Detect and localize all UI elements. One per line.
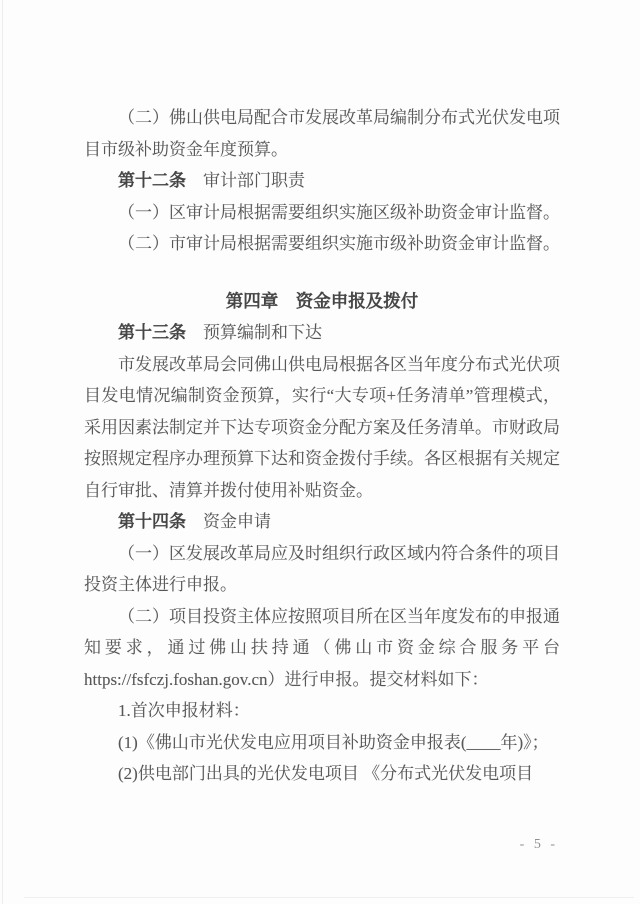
text-run: （一）区发展改革局应及时组织行政区域内符合条件的项目投资主体进行申报。: [84, 544, 560, 595]
body-paragraph: 市发展改革局会同佛山供电局根据各区当年度分布式光伏项目发电情况编制资金预算，实行…: [84, 349, 560, 507]
text-run: （一）区审计局根据需要组织实施区级补助资金审计监督。: [118, 203, 560, 222]
body-paragraph: （一）区审计局根据需要组织实施区级补助资金审计监督。: [84, 197, 560, 229]
platform-url: https://fsfczj.foshan.gov.cn: [84, 670, 268, 689]
chapter-4-heading: 第四章 资金申报及拨付: [84, 286, 560, 318]
body-paragraph: (1)《佛山市光伏发电应用项目补助资金申报表(____年)》；: [84, 727, 560, 759]
body-paragraph: 1.首次申报材料：: [84, 695, 560, 727]
article-number: 第十四条: [118, 512, 186, 531]
document-body: （二）佛山供电局配合市发展改革局编制分布式光伏发电项目市级补助资金年度预算。第十…: [84, 102, 560, 790]
text-run: 资金申请: [186, 512, 271, 531]
body-paragraph: （一）区发展改革局应及时组织行政区域内符合条件的项目投资主体进行申报。: [84, 538, 560, 601]
text-run: (1)《佛山市光伏发电应用项目补助资金申报表(____年)》；: [118, 733, 549, 752]
text-run: （二）佛山供电局配合市发展改革局编制分布式光伏发电项目市级补助资金年度预算。: [84, 108, 560, 159]
scan-edge-left: [2, 0, 3, 904]
body-paragraph: （二）项目投资主体应按照项目所在区当年度发布的申报通知要求，通过佛山扶持通（佛山…: [84, 601, 560, 696]
text-run: 1.首次申报材料：: [118, 701, 250, 720]
body-paragraph: （二）市审计局根据需要组织实施市级补助资金审计监督。: [84, 228, 560, 260]
article-number: 第十三条: [118, 323, 186, 342]
text-run: （二）项目投资主体应按照项目所在区当年度发布的申报通知要求，通过佛山扶持通（佛山…: [84, 607, 560, 658]
text-run: ）进行申报。提交材料如下：: [268, 670, 489, 689]
chapter-title: 第四章 资金申报及拨付: [226, 291, 419, 311]
body-paragraph: （二）佛山供电局配合市发展改革局编制分布式光伏发电项目市级补助资金年度预算。: [84, 102, 560, 165]
scan-edge-bottom: [24, 897, 634, 898]
article-14-title: 第十四条 资金申请: [84, 506, 560, 538]
text-run: 市发展改革局会同佛山供电局根据各区当年度分布式光伏项目发电情况编制资金预算，实行…: [84, 355, 560, 500]
text-run: (2)供电部门出具的光伏发电项目 《分布式光伏发电项目: [118, 764, 533, 783]
text-run: 预算编制和下达: [186, 323, 322, 342]
body-paragraph: (2)供电部门出具的光伏发电项目 《分布式光伏发电项目: [84, 758, 560, 790]
article-12-title: 第十二条 审计部门职责: [84, 165, 560, 197]
page-number: - 5 -: [520, 836, 558, 854]
article-number: 第十二条: [118, 171, 186, 190]
article-13-title: 第十三条 预算编制和下达: [84, 317, 560, 349]
text-run: 审计部门职责: [186, 171, 305, 190]
document-page: （二）佛山供电局配合市发展改革局编制分布式光伏发电项目市级补助资金年度预算。第十…: [0, 0, 640, 904]
text-run: （二）市审计局根据需要组织实施市级补助资金审计监督。: [118, 234, 560, 253]
